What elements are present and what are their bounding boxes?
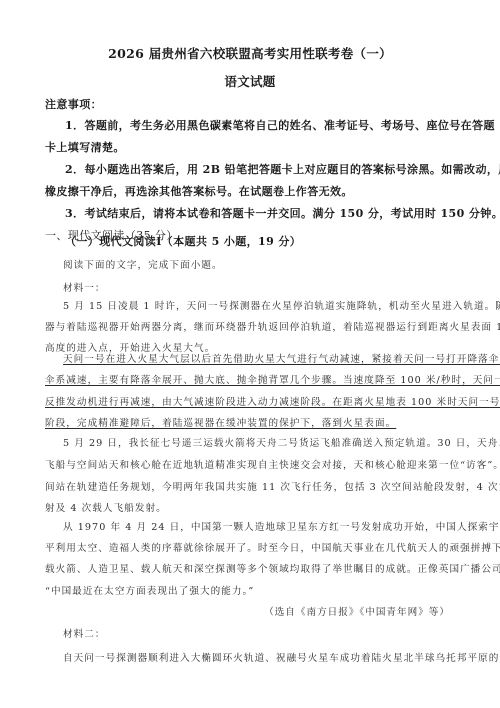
paragraph-3-line-3: 间站在轨建造任务规划，今明两年我国共实施 11 次飞行任务，包括 3 次空间站舱…: [45, 479, 500, 493]
exam-title: 2026 届贵州省六校联盟高考实用性联考卷（一）: [0, 44, 500, 62]
instruction: 阅读下面的文字，完成下面小题。: [63, 257, 223, 271]
notice-3-line-1: 3．考试结束后，请将本试卷和答题卡一并交回。满分 150 分，考试用时 150 …: [65, 205, 500, 221]
material-2-line-1: 自天问一号探测器顺利进入大椭圆环火轨道、祝融号火星车成功着陆火星北半球乌托邦平原…: [63, 650, 500, 664]
subsection-heading: （一）现代文阅读Ⅰ（本题共 5 小题，19 分）: [65, 233, 301, 249]
paragraph-3-line-4: 射及 4 次载人飞船发射。: [45, 500, 167, 514]
notice-2-line-1: 2．每小题选出答案后，用 2B 铅笔把答题卡上对应题目的答案标号涂黑。如需改动，…: [65, 161, 500, 177]
paragraph-3-line-2: 飞船与空间站天和核心舱在近地轨道精准实现自主快速交会对接，天和核心舱迎来第一位“…: [45, 457, 500, 471]
material-2-label: 材料二：: [63, 626, 106, 640]
notice-1-line-1: 1．答题前，考生务必用黑色碳素笔将自己的姓名、准考证号、考场号、座位号在答题: [65, 117, 495, 133]
paragraph-2-line-3: 反推发动机进行再减速，由大气减速阶段进入动力减速阶段。在距离火星地表 100 米…: [45, 394, 500, 408]
material-1-label: 材料一：: [63, 280, 106, 294]
paragraph-4-line-1: 从 1970 年 4 月 24 日，中国第一颗人造地球卫星东方红一号发射成功开始…: [63, 519, 500, 533]
notice-2-line-2: 橡皮擦干净后，再选涂其他答案标号。在试题卷上作答无效。: [45, 183, 353, 199]
paragraph-2-line-4: 阶段，完成精准避障后，着陆巡视器在缓冲装置的保护下，落到火星表面。: [45, 415, 396, 429]
paragraph-3-line-1: 5 月 29 日，我长征七号遥三运载火箭将天舟二号货运飞船准确送入预定轨道。30…: [63, 435, 500, 449]
paragraph-4-line-4: “中国最近在太空方面表现出了强大的能力。”: [45, 583, 254, 597]
exam-page: 2026 届贵州省六校联盟高考实用性联考卷（一） 语文试题 注意事项： 1．答题…: [0, 0, 500, 708]
paragraph-2-line-2: 伞系减速，主要有降落伞展开、抛大底、抛伞抛背罩几个步骤。当速度降至 100 米/…: [45, 372, 500, 386]
source-citation: （选自《南方日报》《中国青年网》等）: [264, 604, 450, 618]
paragraph-4-line-3: 载火箭、人造卫星、载人航天和深空探测等多个领域均取得了举世瞩目的成就。正像英国广…: [45, 561, 500, 575]
notice-heading: 注意事项：: [45, 96, 102, 112]
paragraph-1-line-2: 器与着陆巡视器开始两器分离，继而环绕器升轨返回停泊轨道，着陆巡视器运行到距离火星…: [45, 319, 500, 333]
paragraph-2-line-1: 天问一号在进入火星大气层以后首先借助火星大气进行气动减速，紧接着天问一号打开降落…: [63, 351, 500, 365]
exam-subtitle: 语文试题: [0, 72, 500, 90]
paragraph-1-line-1: 5 月 15 日凌晨 1 时许，天问一号探测器在火星停泊轨道实施降轨，机动至火星…: [63, 298, 500, 312]
notice-1-line-2: 卡上填写清楚。: [45, 139, 125, 155]
paragraph-4-line-2: 平利用太空、造福人类的序幕就徐徐展开了。时至今日，中国航天事业在几代航天人的顽强…: [45, 540, 500, 554]
